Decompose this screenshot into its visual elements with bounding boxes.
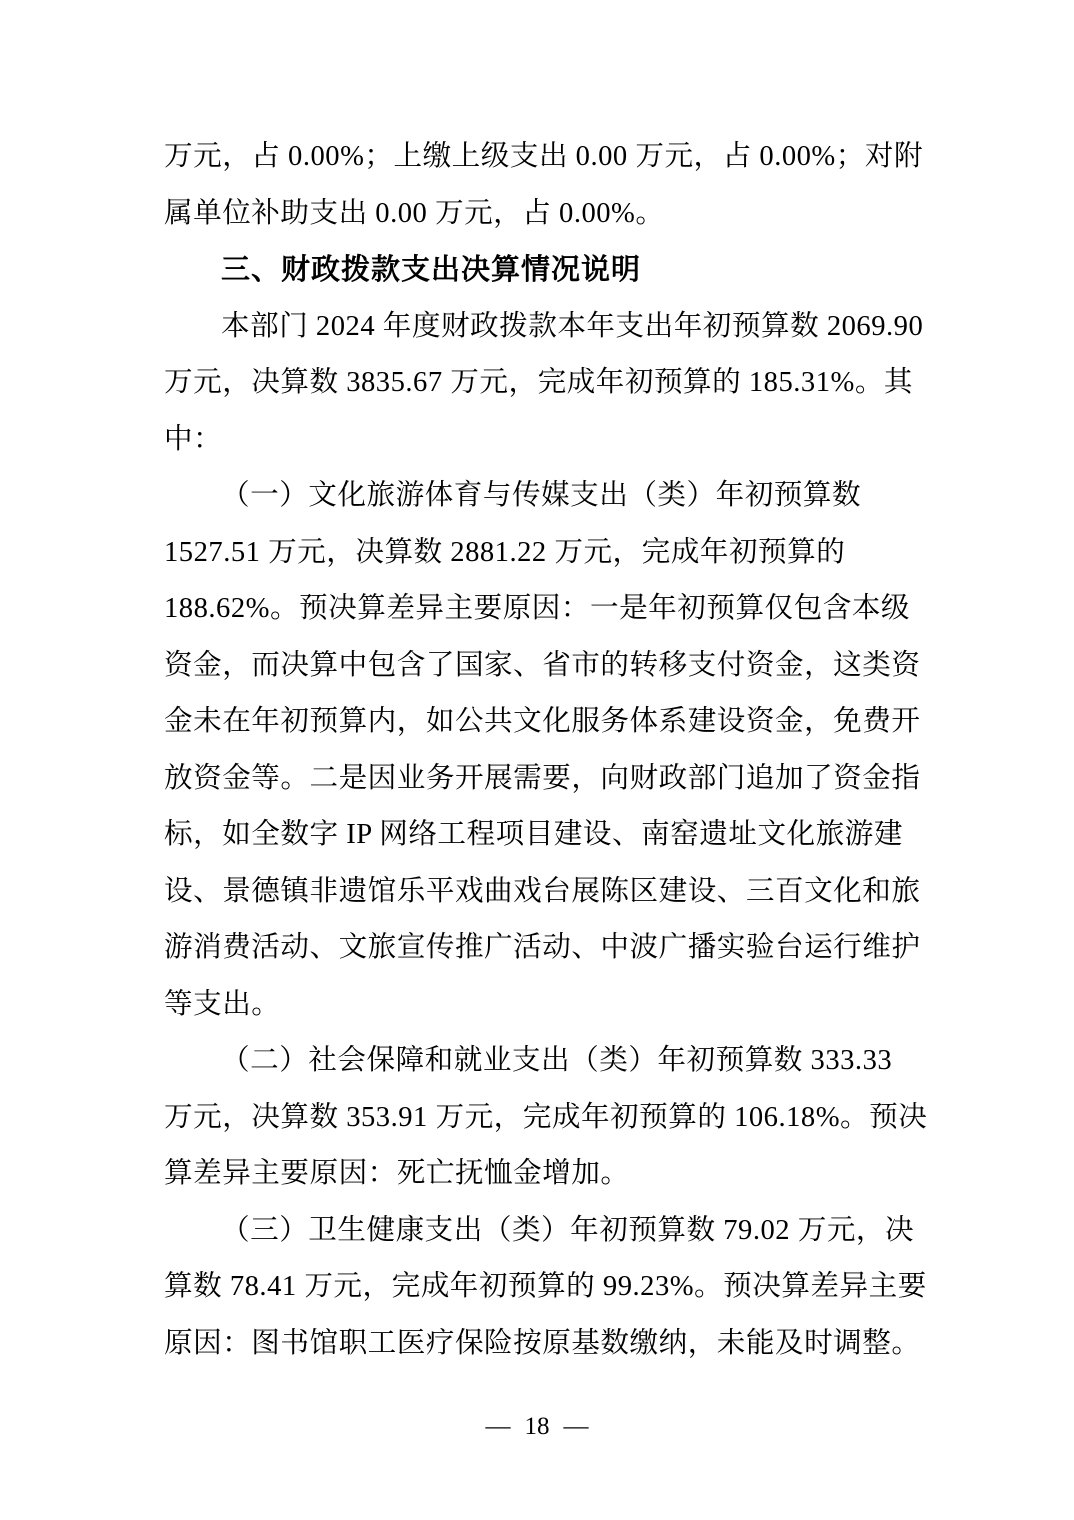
text-line: 算数 78.41 万元，完成年初预算的 99.23%。预决算差异主要: [164, 1259, 914, 1316]
text-line: （二）社会保障和就业支出（类）年初预算数 333.33: [164, 1033, 914, 1090]
text-line: 万元，占 0.00%；上缴上级支出 0.00 万元，占 0.00%；对附: [164, 129, 914, 186]
text-line: 原因：图书馆职工医疗保险按原基数缴纳，未能及时调整。: [164, 1316, 914, 1373]
footer-dash-right: —: [564, 1407, 589, 1447]
text-line: 万元，决算数 353.91 万元，完成年初预算的 106.18%。预决: [164, 1090, 914, 1147]
text-line: 1527.51 万元，决算数 2881.22 万元，完成年初预算的: [164, 525, 914, 582]
text-line: 金未在年初预算内，如公共文化服务体系建设资金，免费开: [164, 694, 914, 751]
text-line: （三）卫生健康支出（类）年初预算数 79.02 万元，决: [164, 1203, 914, 1260]
page-number: 18: [525, 1407, 550, 1447]
text-line: 万元，决算数 3835.67 万元，完成年初预算的 185.31%。其: [164, 355, 914, 412]
page-body: 万元，占 0.00%；上缴上级支出 0.00 万元，占 0.00%；对附 属单位…: [164, 129, 914, 1372]
section-heading: 三、财政拨款支出决算情况说明: [164, 242, 914, 299]
text-line: 中：: [164, 412, 914, 469]
document-page: 万元，占 0.00%；上缴上级支出 0.00 万元，占 0.00%；对附 属单位…: [0, 0, 1074, 1520]
text-line: 标，如全数字 IP 网络工程项目建设、南窑遗址文化旅游建: [164, 807, 914, 864]
text-line: 资金，而决算中包含了国家、省市的转移支付资金，这类资: [164, 638, 914, 695]
text-line: 放资金等。二是因业务开展需要，向财政部门追加了资金指: [164, 751, 914, 808]
text-line: 188.62%。预决算差异主要原因：一是年初预算仅包含本级: [164, 581, 914, 638]
text-line: （一）文化旅游体育与传媒支出（类）年初预算数: [164, 468, 914, 525]
text-line: 等支出。: [164, 977, 914, 1034]
footer-dash-left: —: [486, 1407, 511, 1447]
page-footer: — 18 —: [0, 1407, 1074, 1447]
text-line: 算差异主要原因：死亡抚恤金增加。: [164, 1146, 914, 1203]
text-line: 设、景德镇非遗馆乐平戏曲戏台展陈区建设、三百文化和旅: [164, 864, 914, 921]
text-line: 本部门 2024 年度财政拨款本年支出年初预算数 2069.90: [164, 299, 914, 356]
text-line: 游消费活动、文旅宣传推广活动、中波广播实验台运行维护: [164, 920, 914, 977]
text-line: 属单位补助支出 0.00 万元，占 0.00%。: [164, 186, 914, 243]
